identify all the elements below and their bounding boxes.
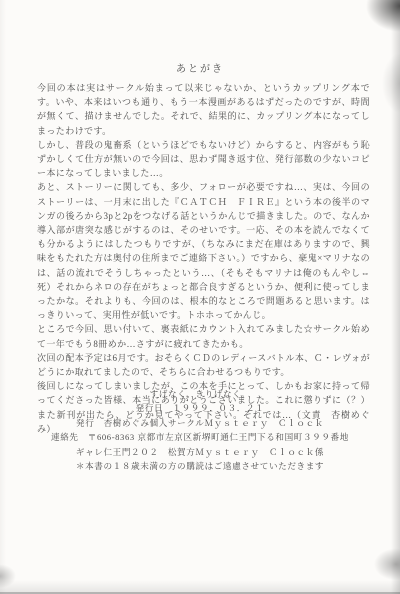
colophon-publisher: 発行 杏樹めぐみ個人サークルＭｙｓｔｅｒｙ Ｃｌｏｃｋ xyxy=(0,416,400,430)
colophon-issue-date: 発行日 １９９９．０３．２１ xyxy=(0,401,400,415)
afterword-body: 今回の本は実はサークル始まって以来じゃないか、というカップリング本です。いや、本… xyxy=(37,81,370,436)
colophon: すげなく、きりげなく。 発行日 １９９９．０３．２１ 発行 杏樹めぐみ個人サーク… xyxy=(0,387,400,473)
page-title: あとがき xyxy=(0,60,400,75)
paragraph: 今回の本は実はサークル始まって以来じゃないか、というカップリング本です。いや、本… xyxy=(37,81,370,138)
paragraph: しかし、普段の鬼畜系（というほどでもないけど）からすると、内容がもう恥ずかしくて… xyxy=(37,138,370,181)
colophon-address: ギャレ仁王門２０２ 松賀方Ｍｙｓｔｅｒｙ Ｃｌｏｃｋ係 xyxy=(0,445,400,459)
colophon-age-notice: ＊本書の１８歳未満の方の購読はご遠慮させていただきます xyxy=(0,459,400,473)
colophon-motto: すげなく、きりげなく。 xyxy=(0,387,400,401)
paragraph: 次回の配本予定は6月です。おそらくＣＤのレディースバトル本、Ｃ・レヴォがどうにか… xyxy=(37,351,370,379)
colophon-contact: 連絡先 〒606-8363 京都市左京区新堺町通仁王門下る和国町３９９番地 xyxy=(0,430,400,444)
afterword-page: あとがき 今回の本は実はサークル始まって以来じゃないか、というカップリング本です… xyxy=(0,0,400,594)
paragraph: ところで今回、思い付いて、裏表紙にカウント入れてみました☆サークル始めて一年でも… xyxy=(37,322,370,350)
paragraph: あと、ストーリーに関しても、多少、フォローが必要ですね…、実は、今回のストーリー… xyxy=(37,180,370,322)
